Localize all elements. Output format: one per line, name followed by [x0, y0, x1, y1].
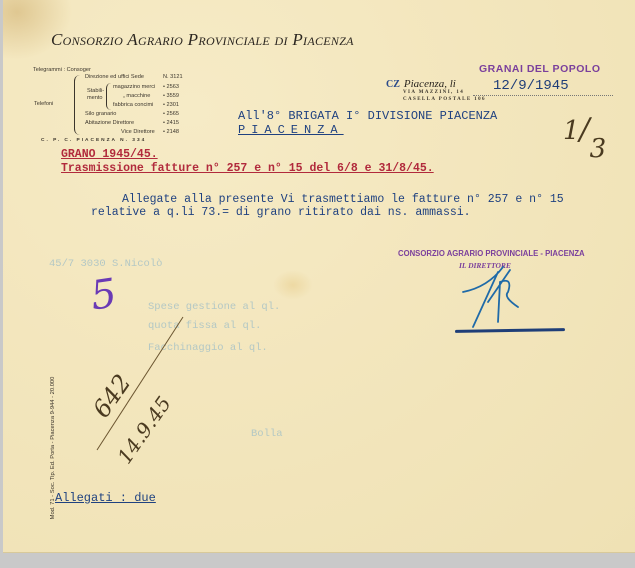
signature-stamp-org: CONSORZIO AGRARIO PROVINCIALE - PIACENZA [398, 248, 585, 258]
address-line-2: CASELLA POSTALE 106 [403, 97, 486, 102]
phone-number: • 2565 [163, 111, 179, 117]
phone-label: Abitazione Direttore [85, 120, 134, 126]
phone-row: magazzino merci• 2563 [113, 84, 155, 90]
phone-number: • 2563 [163, 84, 179, 90]
phone-label: Vice Direttore [121, 129, 155, 135]
stabilimento-label: Stabili-mento [87, 88, 107, 102]
phone-row: Direzione ed uffici SedeN. 3121 [85, 74, 144, 80]
consorzio-logo-icon: CZ [386, 79, 400, 90]
addressee-line-2: PIACENZA [238, 123, 344, 137]
address-line-1: VIA MAZZINI, 14 [403, 90, 464, 95]
printer-note: Mod. 71 - Soc. Tip. Ed. Porta - Piacenza… [50, 348, 56, 548]
telegrams-line: Telegrammi : Consoger [33, 67, 91, 73]
letterhead-organization: Consorzio Agrario Provinciale di Piacenz… [51, 30, 354, 50]
cpc-number: C. P. C. PIACENZA N. 334 [41, 138, 146, 143]
phone-row: Silo granario• 2565 [85, 111, 116, 117]
phone-number: • 3559 [163, 93, 179, 99]
handwritten-purple-number: 5 [88, 270, 120, 319]
city-label: Piacenza, li [404, 78, 456, 90]
letter-date: 12/9/1945 [493, 78, 569, 94]
phone-number: N. 3121 [163, 74, 183, 80]
body-line-2: relative a q.li 73.= di grano ritirato d… [91, 206, 471, 219]
ghost-text: Spese gestione al ql. [148, 301, 280, 313]
phone-label: „ macchine [123, 93, 150, 99]
brace-decoration [74, 75, 81, 135]
date-dotted-line [473, 95, 613, 96]
ghost-text: Bolla [251, 428, 283, 440]
phone-number: • 2415 [163, 120, 179, 126]
handwritten-fraction: 1/3 [563, 112, 606, 147]
letter-page: Consorzio Agrario Provinciale di Piacenz… [3, 0, 635, 553]
phone-row: Abitazione Direttore• 2415 [85, 120, 134, 126]
subject-line: Trasmissione fatture n° 257 e n° 15 del … [61, 162, 434, 175]
attachments-line: Allegati : due [55, 491, 156, 505]
fraction-top: 1 [563, 116, 580, 146]
phone-label: fabbrica concimi [113, 102, 153, 108]
granai-del-popolo-stamp: GRANAI DEL POPOLO [479, 63, 600, 75]
phones-label: Telefoni [34, 101, 53, 107]
phone-label: magazzino merci [113, 84, 155, 90]
phone-number: • 2301 [163, 102, 179, 108]
phone-row: fabbrica concimi• 2301 [113, 102, 153, 108]
paper-stain [273, 270, 313, 300]
phone-number: • 2148 [163, 129, 179, 135]
body-line-1: Allegate alla presente Vi trasmettiamo l… [122, 193, 564, 206]
signature-underline [455, 328, 565, 333]
phone-row: „ macchine• 3559 [123, 93, 150, 99]
fraction-bottom: 3 [590, 134, 607, 164]
city-line: CZPiacenza, li [386, 78, 456, 90]
subject-grano: GRANO 1945/45. [61, 148, 158, 161]
phone-row: Vice Direttore• 2148 [121, 129, 155, 135]
ghost-text: 45/7 3030 S.Nicolò [49, 258, 162, 270]
phone-label: Silo granario [85, 111, 116, 117]
phone-label: Direzione ed uffici Sede [85, 74, 144, 80]
addressee-line-1: All'8° BRIGATA I° DIVISIONE PIACENZA [238, 109, 497, 123]
signature-icon [458, 262, 538, 332]
